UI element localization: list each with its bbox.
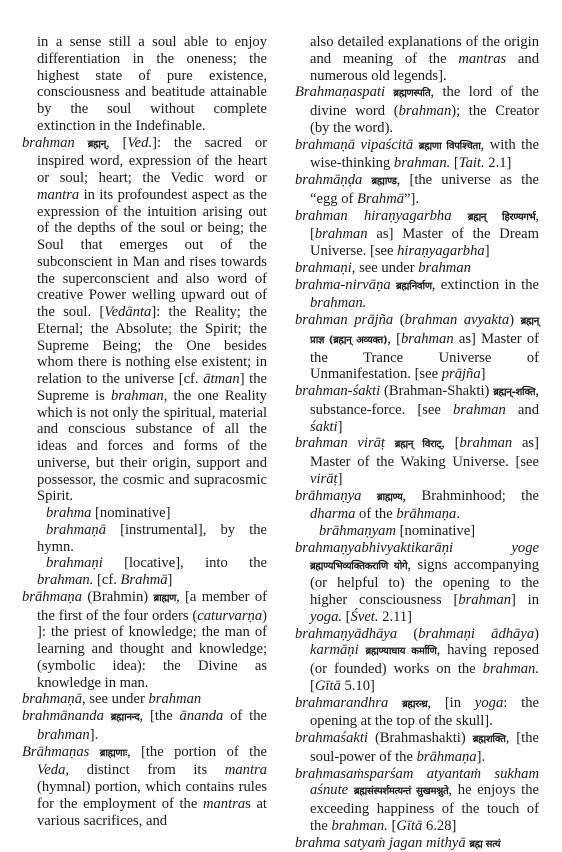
headword: brahman	[22, 135, 75, 151]
cross-reference: brahman	[148, 691, 201, 707]
entry-brahmanyadhaya: brahmaṇyādhāya (brahmaṇi ādhāya) karmāṇi…	[295, 626, 539, 695]
headword: brahma-nirvāṇa	[295, 277, 391, 293]
headword: brahmāṇḍa	[295, 172, 362, 188]
entry-brahmanas: Brāhmaṇas ब्राह्मणाः, [the portion of th…	[22, 744, 267, 830]
devanagari-text: ब्राह्मणाः	[100, 748, 127, 759]
devanagari-text: ब्रह्मण्याधाय कर्माणि	[365, 646, 436, 657]
devanagari-text: ब्रह्म सत्यं	[469, 839, 500, 850]
devanagari-text: ब्रह्मनिर्वाण	[396, 281, 432, 292]
subform-instrumental: brahmaṇā [instrumental], by the hymn.	[22, 522, 267, 556]
left-column: in a sense still a soul able to enjoy di…	[22, 34, 267, 829]
headword: brāhmaṇa	[22, 589, 82, 605]
entry-brahmana-instrumental: brahmaṇā, see under brahman	[22, 691, 267, 708]
headword: brāhmaṇya	[295, 488, 361, 504]
headword: brahmaṇi	[295, 260, 352, 276]
headword: brahmaṇyādhāya	[295, 626, 397, 642]
headword: brahman virāṭ	[295, 435, 385, 451]
entry-brahmana: brāhmaṇa (Brahmin) ब्राह्मण, [a member o…	[22, 589, 267, 692]
headword: brahmarandhra	[295, 695, 388, 711]
headword: brahman hiraṇyagarbha	[295, 208, 452, 224]
entry-brahmani: brahmaṇi, see under brahman	[295, 260, 539, 277]
headword: brahma satyaṁ jagan mithyā	[295, 835, 466, 851]
devanagari-text: ब्रह्मन्	[88, 139, 106, 150]
entry-brahman-hiranyagarbha: brahman hiraṇyagarbha ब्रह्मन् हिरण्यगर्…	[295, 208, 539, 260]
devanagari-text: ब्रह्माण्ड	[371, 176, 396, 187]
entry-brahma-satyam: brahma satyaṁ jagan mithyā ब्रह्म सत्यं	[295, 835, 539, 852]
continuation-text: in a sense still a soul able to enjoy di…	[22, 34, 267, 135]
headword: brahmānanda	[22, 708, 104, 724]
subform-locative: brahmaṇi [locative], into the brahman. […	[22, 555, 267, 589]
devanagari-text: ब्रह्मरन्ध्र	[402, 699, 427, 710]
devanagari-text: ब्रह्मन् विराट्	[395, 439, 442, 450]
headword: Brāhmaṇas	[22, 744, 89, 760]
devanagari-text: ब्रह्मसंस्पर्शमत्यन्तं सुखमश्नुते	[354, 786, 449, 797]
entry-brahma-nirvana: brahma-nirvāṇa ब्रह्मनिर्वाण, extinction…	[295, 277, 539, 313]
entry-brahmanya: brāhmaṇya ब्राह्मण्य, Brahminhood; the d…	[295, 488, 539, 524]
entry-brahmasamsparsam: brahmasaṁsparśam atyantaṁ sukham aśnute …	[295, 766, 539, 835]
entry-brahmasakti: brahmaśakti (Brahmashakti) ब्रह्मशक्ति, …	[295, 730, 539, 766]
entry-brahman: brahman ब्रह्मन्, [Ved.]: the sacred or …	[22, 135, 267, 506]
entry-brahmana-vipascita: brahmaṇā vipaścitā ब्रह्मणा विपश्चिता, w…	[295, 137, 539, 173]
devanagari-text: ब्रह्मणस्पति	[393, 88, 430, 99]
devanagari-text: ब्राह्मण्य	[377, 492, 403, 503]
devanagari-text: ब्रह्मन् हिरण्यगर्भ	[468, 212, 536, 223]
right-column: also detailed explanations of the origin…	[295, 34, 539, 852]
devanagari-text: ब्राह्मण	[153, 593, 176, 604]
headword: brahmaṇā	[22, 691, 82, 707]
entry-brahmarandhra: brahmarandhra ब्रह्मरन्ध्र, [in yoga: th…	[295, 695, 539, 731]
entry-brahman-prajna: brahman prājña (brahman avyakta) ब्रह्मन…	[295, 312, 539, 383]
entry-brahmananda: brahmānanda ब्रह्मानन्द, [the ānanda of …	[22, 708, 267, 744]
headword: brahmaṇyabhivyaktikarāṇi yoge	[295, 540, 539, 556]
subform-nominative: brāhmaṇyam [nominative]	[295, 523, 539, 540]
headword: brahman prājña	[295, 312, 393, 328]
devanagari-text: ब्रह्मन्-शक्ति	[493, 387, 535, 398]
headword: Brahmaṇaspati	[295, 84, 385, 100]
entry-brahmanaspati: Brahmaṇaspati ब्रह्मणस्पति, the lord of …	[295, 84, 539, 136]
entry-brahmanyabhivyaktikarani-yoge: brahmaṇyabhivyaktikarāṇi yoge ब्रह्मण्यभ…	[295, 540, 539, 626]
headword: brahmaśakti	[295, 730, 368, 746]
devanagari-text: ब्रह्मण्यभिव्यक्तिकराणि योगे	[310, 561, 407, 572]
headword: brahman-śakti	[295, 383, 380, 399]
devanagari-text: ब्रह्मणा विपश्चिता	[419, 141, 481, 152]
entry-brahman-virat: brahman virāṭ ब्रह्मन् विराट्, [brahman …	[295, 435, 539, 487]
headword: brahmaṇā vipaścitā	[295, 137, 413, 153]
continuation-text: also detailed explanations of the origin…	[295, 34, 539, 84]
devanagari-text: ब्रह्मानन्द	[111, 712, 140, 723]
cross-reference: brahman	[418, 260, 471, 276]
subform-nominative: brahma [nominative]	[22, 505, 267, 522]
devanagari-text: ब्रह्मशक्ति	[473, 734, 506, 745]
entry-brahman-sakti: brahman-śakti (Brahman-Shakti) ब्रह्मन्-…	[295, 383, 539, 435]
entry-brahmanda: brahmāṇḍa ब्रह्माण्ड, [the universe as t…	[295, 172, 539, 208]
